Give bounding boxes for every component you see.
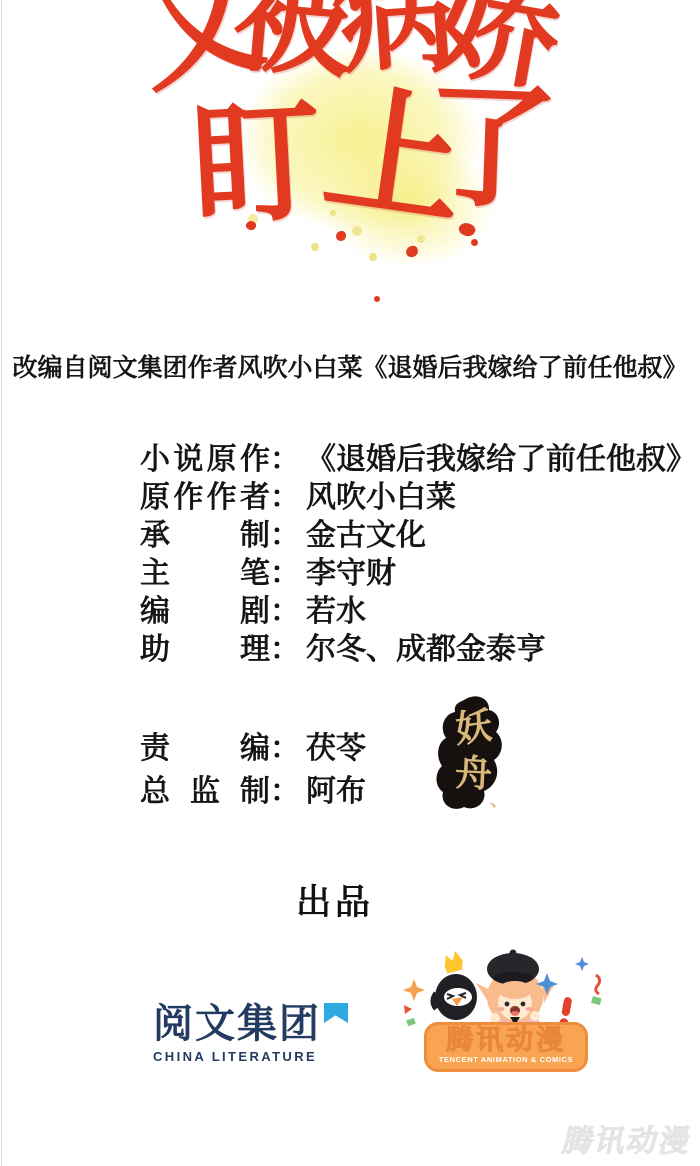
ink-splatter-dot: [374, 296, 380, 302]
credit-colon: ：: [270, 555, 300, 593]
girl-mascot: [476, 950, 554, 1032]
credit-role-label: 原作作者: [140, 479, 270, 517]
china-literature-cn-text: 阅文集团: [153, 1002, 321, 1046]
produced-by-label: 出品: [296, 875, 374, 925]
comic-credits-page: { "title": { "line1": "又被病娇", "line2": "…: [0, 0, 700, 1166]
tencent-animation-en: TENCENT ANIMATION & COMICS: [427, 1055, 585, 1065]
credits-staff: 责编：茯苓总监制：阿布: [140, 727, 366, 813]
credit-colon: ：: [270, 441, 300, 479]
bookmark-flag-icon: [324, 1003, 348, 1023]
credit-row: 主笔：李守财: [140, 555, 696, 593]
calligraphy-char: 了: [422, 80, 561, 219]
scan-edge-line: [1, 0, 2, 1166]
credits-main: 小说原作：《退婚后我嫁给了前任他叔》原作作者：风吹小白菜承制：金古文化主笔：李守…: [140, 441, 696, 669]
credit-row: 承制：金古文化: [140, 517, 696, 555]
credit-value: 李守财: [306, 557, 396, 590]
penguin-mascot: [433, 950, 477, 1020]
credit-row: 责编：茯苓: [140, 727, 366, 770]
credit-value: 若水: [306, 595, 366, 628]
credit-colon: ：: [270, 517, 300, 555]
credit-row: 总监制：阿布: [140, 770, 366, 813]
credit-value: 尔冬、成都金泰亨: [306, 633, 546, 666]
credit-colon: ：: [270, 727, 300, 770]
credit-role-label: 助理: [140, 631, 270, 669]
credit-role-label: 责编: [140, 727, 270, 770]
tencent-animation-logo: 腾讯动漫 TENCENT ANIMATION & COMICS: [400, 945, 610, 1080]
credit-value: 《退婚后我嫁给了前任他叔》: [306, 443, 696, 476]
credit-colon: ：: [270, 593, 300, 631]
credit-row: 小说原作：《退婚后我嫁给了前任他叔》: [140, 441, 696, 479]
credit-value: 茯苓: [306, 732, 366, 765]
credit-colon: ：: [270, 479, 300, 517]
ink-splatter-dot: [405, 245, 419, 259]
china-literature-cn: 阅文集团: [153, 1002, 373, 1046]
tencent-animation-cn: 腾讯动漫: [427, 1025, 585, 1055]
credit-colon: ：: [270, 770, 300, 813]
ink-splatter-dot: [336, 231, 346, 241]
calligraphy-char: 盯: [187, 95, 326, 234]
tencent-animation-badge: 腾讯动漫 TENCENT ANIMATION & COMICS: [424, 1022, 588, 1072]
credit-value: 金古文化: [306, 519, 426, 552]
china-literature-logo: 阅文集团 CHINA LITERATURE: [153, 1002, 373, 1064]
credit-value: 风吹小白菜: [306, 481, 456, 514]
seal-mark: 、: [490, 786, 508, 812]
credit-role-label: 总监制: [140, 770, 270, 813]
china-literature-en: CHINA LITERATURE: [153, 1049, 373, 1064]
credit-row: 助理：尔冬、成都金泰亨: [140, 631, 696, 669]
studio-seal: 妖舟 、: [434, 694, 512, 818]
credit-colon: ：: [270, 631, 300, 669]
calligraphy-char: 妖: [453, 701, 493, 752]
watermark: 腾讯动漫: [559, 1116, 696, 1160]
credit-row: 编剧：若水: [140, 593, 696, 631]
ink-splatter-dot: [457, 220, 477, 239]
credit-role-label: 承制: [140, 517, 270, 555]
credit-value: 阿布: [306, 775, 366, 808]
calligraphy-char: 舟: [453, 749, 492, 797]
credit-row: 原作作者：风吹小白菜: [140, 479, 696, 517]
adaptation-note: 改编自阅文集团作者风吹小白菜《退婚后我嫁给了前任他叔》: [0, 348, 700, 384]
seal-name: 妖舟: [434, 704, 512, 796]
credit-role-label: 编剧: [140, 593, 270, 631]
credit-role-label: 小说原作: [140, 441, 270, 479]
ink-splatter-dot: [471, 239, 478, 246]
credit-role-label: 主笔: [140, 555, 270, 593]
